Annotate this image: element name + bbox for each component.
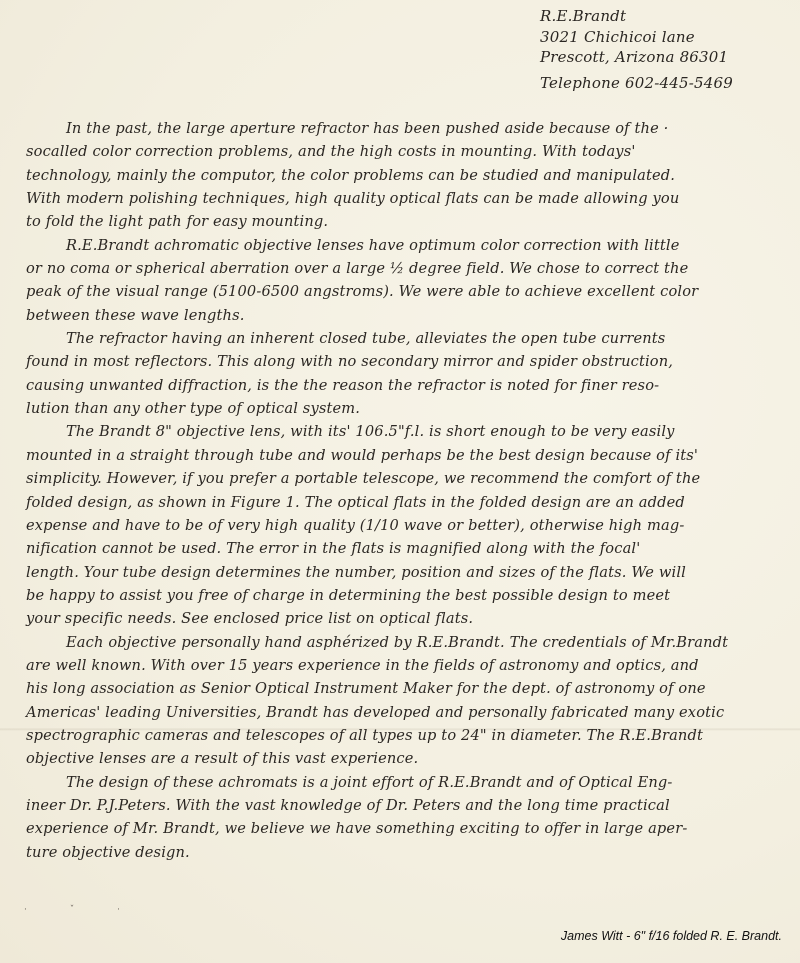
text-line: The design of these achromats is a joint… (26, 771, 786, 794)
text-line: The Brandt 8" objective lens, with its' … (26, 420, 786, 443)
paragraph: The refractor having an inherent closed … (26, 327, 786, 420)
text-line: With modern polishing techniques, high q… (26, 187, 786, 210)
text-line: are well known. With over 15 years exper… (26, 654, 786, 677)
text-line: R.E.Brandt achromatic objective lenses h… (26, 234, 786, 257)
text-line: causing unwanted diffraction, is the the… (26, 374, 786, 397)
text-line: nification cannot be used. The error in … (26, 537, 786, 560)
text-line: your specific needs. See enclosed price … (26, 607, 786, 630)
text-line: or no coma or spherical aberration over … (26, 257, 786, 280)
sender-telephone: Telephone 602-445-5469 (540, 73, 733, 94)
sender-street: 3021 Chichicoi lane (540, 27, 733, 48)
text-line: The refractor having an inherent closed … (26, 327, 786, 350)
paragraph: R.E.Brandt achromatic objective lenses h… (26, 234, 786, 327)
text-line: to fold the light path for easy mounting… (26, 210, 786, 233)
letterhead-address: R.E.Brandt 3021 Chichicoi lane Prescott,… (540, 6, 733, 93)
text-line: ineer Dr. P.J.Peters. With the vast know… (26, 794, 786, 817)
paragraph: The Brandt 8" objective lens, with its' … (26, 420, 786, 630)
text-line: Each objective personally hand asphérize… (26, 631, 786, 654)
text-line: peak of the visual range (5100-6500 angs… (26, 280, 786, 303)
text-line: found in most reflectors. This along wit… (26, 350, 786, 373)
sender-name: R.E.Brandt (540, 6, 733, 27)
text-line: expense and have to be of very high qual… (26, 514, 786, 537)
paragraph: In the past, the large aperture refracto… (26, 117, 786, 234)
text-line: folded design, as shown in Figure 1. The… (26, 491, 786, 514)
letter-body: In the past, the large aperture refracto… (26, 117, 786, 864)
stray-marks: · ˇ · (24, 905, 140, 915)
text-line: his long association as Senior Optical I… (26, 677, 786, 700)
text-line: experience of Mr. Brandt, we believe we … (26, 817, 786, 840)
text-line: simplicity. However, if you prefer a por… (26, 467, 786, 490)
sender-city: Prescott, Arizona 86301 (540, 47, 733, 68)
text-line: between these wave lengths. (26, 304, 786, 327)
text-line: mounted in a straight through tube and w… (26, 444, 786, 467)
text-line: Americas' leading Universities, Brandt h… (26, 701, 786, 724)
text-line: socalled color correction problems, and … (26, 140, 786, 163)
text-line: In the past, the large aperture refracto… (26, 117, 786, 140)
paragraph: Each objective personally hand asphérize… (26, 631, 786, 771)
paragraph: The design of these achromats is a joint… (26, 771, 786, 864)
text-line: technology, mainly the computor, the col… (26, 164, 786, 187)
text-line: be happy to assist you free of charge in… (26, 584, 786, 607)
text-line: ture objective design. (26, 841, 786, 864)
text-line: objective lenses are a result of this va… (26, 747, 786, 770)
text-line: length. Your tube design determines the … (26, 561, 786, 584)
text-line: spectrographic cameras and telescopes of… (26, 724, 786, 747)
text-line: lution than any other type of optical sy… (26, 397, 786, 420)
image-caption: James Witt - 6" f/16 folded R. E. Brandt… (561, 929, 782, 943)
